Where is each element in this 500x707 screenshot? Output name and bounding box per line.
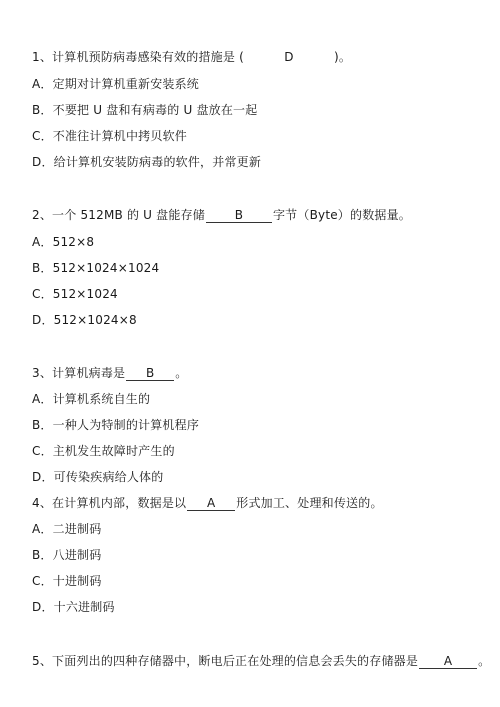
question-text: 计算机预防病毒感染有效的措施是 ( xyxy=(52,50,244,64)
question-number: 1、 xyxy=(32,50,52,64)
question-text: 一个 512MB 的 U 盘能存储 xyxy=(52,208,205,222)
question-text-end: )。 xyxy=(334,50,351,64)
question-number: 2、 xyxy=(32,208,52,222)
question-4-option-a: A．二进制码 xyxy=(32,521,101,537)
question-1-option-b: B．不要把 U 盘和有病毒的 U 盘放在一起 xyxy=(32,102,257,118)
question-2-option-d: D．512×1024×8 xyxy=(32,312,137,328)
question-text: 下面列出的四种存储器中，断电后正在处理的信息会丢失的存储器是 xyxy=(52,654,418,668)
answer-blank: B xyxy=(206,208,272,223)
answer-value: D xyxy=(244,49,334,65)
question-5-stem: 5、下面列出的四种存储器中，断电后正在处理的信息会丢失的存储器是A。 xyxy=(32,653,490,669)
question-text: 在计算机内部，数据是以 xyxy=(52,496,186,510)
question-1-option-d: D．给计算机安装防病毒的软件，并常更新 xyxy=(32,154,261,170)
question-3-option-b: B．一种人为特制的计算机程序 xyxy=(32,417,199,433)
question-text: 计算机病毒是 xyxy=(52,366,125,380)
answer-blank: A xyxy=(187,496,235,511)
question-text-end: 形式加工、处理和传送的。 xyxy=(236,496,382,510)
question-2-option-b: B．512×1024×1024 xyxy=(32,260,159,276)
question-3-stem: 3、计算机病毒是B。 xyxy=(32,365,187,381)
question-number: 4、 xyxy=(32,496,52,510)
question-1-stem: 1、计算机预防病毒感染有效的措施是 (D)。 xyxy=(32,49,351,65)
question-number: 3、 xyxy=(32,366,52,380)
question-2-option-c: C．512×1024 xyxy=(32,286,118,302)
question-3-option-d: D．可传染疾病给人体的 xyxy=(32,469,163,485)
question-1-option-c: C．不准往计算机中拷贝软件 xyxy=(32,128,187,144)
question-text-end: 。 xyxy=(478,654,490,668)
question-4-stem: 4、在计算机内部，数据是以A形式加工、处理和传送的。 xyxy=(32,495,383,511)
question-2-stem: 2、一个 512MB 的 U 盘能存储B字节（Byte）的数据量。 xyxy=(32,207,411,223)
question-2-option-a: A．512×8 xyxy=(32,234,94,250)
question-3-option-a: A．计算机系统自生的 xyxy=(32,391,150,407)
question-4-option-c: C．十进制码 xyxy=(32,573,102,589)
answer-blank: A xyxy=(419,654,477,669)
question-4-option-d: D．十六进制码 xyxy=(32,599,115,615)
question-4-option-b: B．八进制码 xyxy=(32,547,101,563)
question-3-option-c: C．主机发生故障时产生的 xyxy=(32,443,175,459)
question-text-end: 字节（Byte）的数据量。 xyxy=(273,208,411,222)
question-1-option-a: A．定期对计算机重新安装系统 xyxy=(32,76,199,92)
question-number: 5、 xyxy=(32,654,52,668)
answer-blank: B xyxy=(126,366,174,381)
question-text-end: 。 xyxy=(175,366,187,380)
